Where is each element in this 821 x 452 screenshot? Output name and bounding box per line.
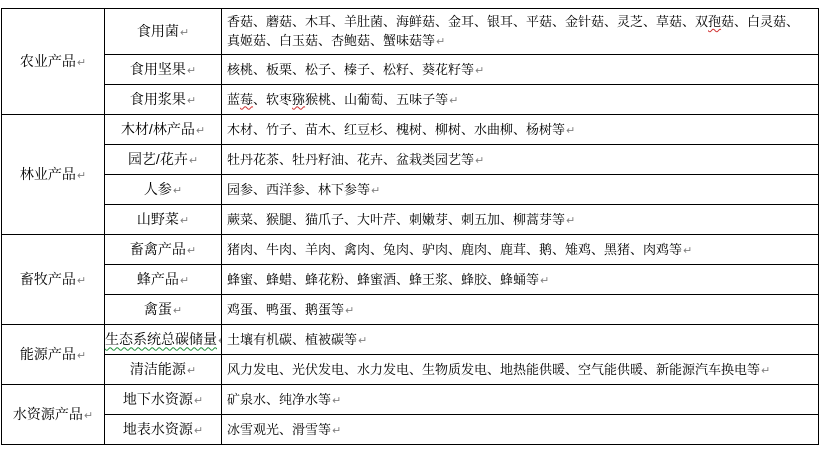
paragraph-mark-icon: ↵: [345, 304, 354, 317]
table-row: 园艺/花卉↵牡丹花茶、牡丹籽油、花卉、盆栽类园艺等↵: [2, 145, 819, 175]
subcategory-label: 禽蛋: [144, 301, 172, 317]
subcategory-cell: 地表水资源↵: [105, 415, 222, 445]
subcategory-cell: 食用浆果↵: [105, 85, 222, 115]
paragraph-mark-icon: ↵: [84, 409, 93, 422]
items-text: 木材、竹子、苗木、红豆杉、槐树、柳树、水曲柳、杨树等: [227, 122, 565, 137]
category-label: 农业产品: [20, 53, 76, 69]
subcategory-cell: 人参↵: [105, 175, 222, 205]
subcategory-label: 园艺/花卉: [128, 151, 188, 167]
table-row: 食用浆果↵蓝莓、软枣猕猴桃、山葡萄、五味子等↵: [2, 85, 819, 115]
table-row: 林业产品↵木材/林产品↵木材、竹子、苗木、红豆杉、槐树、柳树、水曲柳、杨树等↵: [2, 115, 819, 145]
products-table: 农业产品↵食用菌↵香菇、蘑菇、木耳、羊肚菌、海鲜菇、金耳、银耳、平菇、金针菇、灵…: [1, 8, 819, 445]
subcategory-label: 畜禽产品: [130, 241, 186, 257]
items-cell: 土壤有机碳、植被碳等↵: [222, 325, 819, 355]
paragraph-mark-icon: ↵: [436, 35, 445, 48]
table-row: 食用坚果↵核桃、板栗、松子、榛子、松籽、葵花籽等↵: [2, 55, 819, 85]
paragraph-mark-icon: ↵: [77, 56, 86, 69]
table-row: 畜牧产品↵畜禽产品↵猪肉、牛肉、羊肉、禽肉、兔肉、驴肉、鹿肉、鹿茸、鹅、雉鸡、黑…: [2, 235, 819, 265]
paragraph-mark-icon: ↵: [189, 154, 198, 167]
subcategory-label: 生态系统总碳储量: [105, 331, 217, 347]
misspelled-text: 孢: [708, 14, 721, 29]
paragraph-mark-icon: ↵: [180, 274, 189, 287]
paragraph-mark-icon: ↵: [187, 364, 196, 377]
subcategory-label: 清洁能源: [130, 361, 186, 377]
paragraph-mark-icon: ↵: [761, 364, 770, 377]
subcategory-cell: 食用菌↵: [105, 9, 222, 55]
subcategory-cell: 蜂产品↵: [105, 265, 222, 295]
subcategory-label: 山野菜: [137, 211, 179, 227]
category-cell: 畜牧产品↵: [2, 235, 105, 325]
category-label: 畜牧产品: [20, 271, 76, 287]
subcategory-cell: 禽蛋↵: [105, 295, 222, 325]
items-cell: 蕨菜、猴腿、猫爪子、大叶芹、刺嫩芽、刺五加、柳蒿芽等↵: [222, 205, 819, 235]
subcategory-cell: 生态系统总碳储量↵: [105, 325, 222, 355]
subcategory-label: 食用浆果: [130, 91, 186, 107]
paragraph-mark-icon: ↵: [180, 214, 189, 227]
paragraph-mark-icon: ↵: [566, 124, 575, 137]
subcategory-cell: 清洁能源↵: [105, 355, 222, 385]
items-text: 蕨菜、猴腿、猫爪子、大叶芹、刺嫩芽、刺五加、柳蒿芽等: [227, 212, 565, 227]
subcategory-cell: 园艺/花卉↵: [105, 145, 222, 175]
subcategory-label: 蜂产品: [137, 271, 179, 287]
subcategory-cell: 山野菜↵: [105, 205, 222, 235]
table-row: 能源产品↵生态系统总碳储量↵土壤有机碳、植被碳等↵: [2, 325, 819, 355]
subcategory-cell: 木材/林产品↵: [105, 115, 222, 145]
paragraph-mark-icon: ↵: [371, 184, 380, 197]
subcategory-label: 食用坚果: [130, 61, 186, 77]
items-cell: 园参、西洋参、林下参等↵: [222, 175, 819, 205]
paragraph-mark-icon: ↵: [187, 94, 196, 107]
table-row: 山野菜↵蕨菜、猴腿、猫爪子、大叶芹、刺嫩芽、刺五加、柳蒿芽等↵: [2, 205, 819, 235]
paragraph-mark-icon: ↵: [187, 244, 196, 257]
paragraph-mark-icon: ↵: [194, 394, 203, 407]
subcategory-cell: 畜禽产品↵: [105, 235, 222, 265]
items-cell: 猪肉、牛肉、羊肉、禽肉、兔肉、驴肉、鹿肉、鹿茸、鹅、雉鸡、黑猪、肉鸡等↵: [222, 235, 819, 265]
category-label: 水资源产品: [13, 406, 83, 422]
category-cell: 能源产品↵: [2, 325, 105, 385]
subcategory-label: 人参: [144, 181, 172, 197]
category-cell: 水资源产品↵: [2, 385, 105, 445]
table-body: 农业产品↵食用菌↵香菇、蘑菇、木耳、羊肚菌、海鲜菇、金耳、银耳、平菇、金针菇、灵…: [2, 9, 819, 445]
misspelled-text: 猕: [292, 92, 305, 107]
table-row: 蜂产品↵蜂蜜、蜂蜡、蜂花粉、蜂蜜酒、蜂王浆、蜂胶、蜂蛹等↵: [2, 265, 819, 295]
items-text: 蜂蜜、蜂蜡、蜂花粉、蜂蜜酒、蜂王浆、蜂胶、蜂蛹等: [227, 272, 539, 287]
paragraph-mark-icon: ↵: [449, 94, 458, 107]
items-text: 冰雪观光、滑雪等: [227, 422, 331, 437]
paragraph-mark-icon: ↵: [77, 349, 86, 362]
subcategory-cell: 地下水资源↵: [105, 385, 222, 415]
items-text: 风力发电、光伏发电、水力发电、生物质发电、地热能供暖、空气能供暖、新能源汽车换电…: [227, 362, 760, 377]
paragraph-mark-icon: ↵: [475, 64, 484, 77]
items-text: 矿泉水、纯净水等: [227, 392, 331, 407]
items-cell: 核桃、板栗、松子、榛子、松籽、葵花籽等↵: [222, 55, 819, 85]
category-cell: 农业产品↵: [2, 9, 105, 115]
table-row: 人参↵园参、西洋参、林下参等↵: [2, 175, 819, 205]
subcategory-cell: 食用坚果↵: [105, 55, 222, 85]
paragraph-mark-icon: ↵: [194, 424, 203, 437]
paragraph-mark-icon: ↵: [566, 214, 575, 227]
items-cell: 木材、竹子、苗木、红豆杉、槐树、柳树、水曲柳、杨树等↵: [222, 115, 819, 145]
paragraph-mark-icon: ↵: [173, 304, 182, 317]
items-text: 蓝莓、软枣猕猴桃、山葡萄、五味子等: [227, 92, 448, 107]
subcategory-label: 地表水资源: [123, 421, 193, 437]
paragraph-mark-icon: ↵: [332, 394, 341, 407]
items-text: 牡丹花茶、牡丹籽油、花卉、盆栽类园艺等: [227, 152, 474, 167]
items-cell: 蜂蜜、蜂蜡、蜂花粉、蜂蜜酒、蜂王浆、蜂胶、蜂蛹等↵: [222, 265, 819, 295]
paragraph-mark-icon: ↵: [173, 184, 182, 197]
items-text: 鸡蛋、鸭蛋、鹅蛋等: [227, 302, 344, 317]
paragraph-mark-icon: ↵: [358, 334, 367, 347]
category-cell: 林业产品↵: [2, 115, 105, 235]
items-cell: 冰雪观光、滑雪等↵: [222, 415, 819, 445]
items-cell: 香菇、蘑菇、木耳、羊肚菌、海鲜菇、金耳、银耳、平菇、金针菇、灵芝、草菇、双孢菇、…: [222, 9, 819, 55]
paragraph-mark-icon: ↵: [683, 244, 692, 257]
items-cell: 蓝莓、软枣猕猴桃、山葡萄、五味子等↵: [222, 85, 819, 115]
items-cell: 鸡蛋、鸭蛋、鹅蛋等↵: [222, 295, 819, 325]
paragraph-mark-icon: ↵: [77, 274, 86, 287]
items-text: 香菇、蘑菇、木耳、羊肚菌、海鲜菇、金耳、银耳、平菇、金针菇、灵芝、草菇、双孢菇、…: [227, 14, 799, 48]
table-row: 清洁能源↵风力发电、光伏发电、水力发电、生物质发电、地热能供暖、空气能供暖、新能…: [2, 355, 819, 385]
subcategory-label: 地下水资源: [123, 391, 193, 407]
paragraph-mark-icon: ↵: [77, 169, 86, 182]
paragraph-mark-icon: ↵: [187, 64, 196, 77]
items-text: 猪肉、牛肉、羊肉、禽肉、兔肉、驴肉、鹿肉、鹿茸、鹅、雉鸡、黑猪、肉鸡等: [227, 242, 682, 257]
items-cell: 风力发电、光伏发电、水力发电、生物质发电、地热能供暖、空气能供暖、新能源汽车换电…: [222, 355, 819, 385]
items-cell: 矿泉水、纯净水等↵: [222, 385, 819, 415]
table-row: 农业产品↵食用菌↵香菇、蘑菇、木耳、羊肚菌、海鲜菇、金耳、银耳、平菇、金针菇、灵…: [2, 9, 819, 55]
paragraph-mark-icon: ↵: [180, 26, 189, 39]
paragraph-mark-icon: ↵: [475, 154, 484, 167]
table-row: 禽蛋↵鸡蛋、鸭蛋、鹅蛋等↵: [2, 295, 819, 325]
items-text: 核桃、板栗、松子、榛子、松籽、葵花籽等: [227, 62, 474, 77]
subcategory-label: 食用菌: [137, 23, 179, 39]
table-row: 地表水资源↵冰雪观光、滑雪等↵: [2, 415, 819, 445]
paragraph-mark-icon: ↵: [196, 124, 205, 137]
table-row: 水资源产品↵地下水资源↵矿泉水、纯净水等↵: [2, 385, 819, 415]
paragraph-mark-icon: ↵: [540, 274, 549, 287]
items-cell: 牡丹花茶、牡丹籽油、花卉、盆栽类园艺等↵: [222, 145, 819, 175]
subcategory-label: 木材/林产品: [121, 121, 195, 137]
category-label: 能源产品: [20, 346, 76, 362]
paragraph-mark-icon: ↵: [218, 334, 222, 347]
category-label: 林业产品: [20, 166, 76, 182]
items-text: 园参、西洋参、林下参等: [227, 182, 370, 197]
items-text: 土壤有机碳、植被碳等: [227, 332, 357, 347]
paragraph-mark-icon: ↵: [332, 424, 341, 437]
misspelled-text: 莓: [240, 92, 253, 107]
